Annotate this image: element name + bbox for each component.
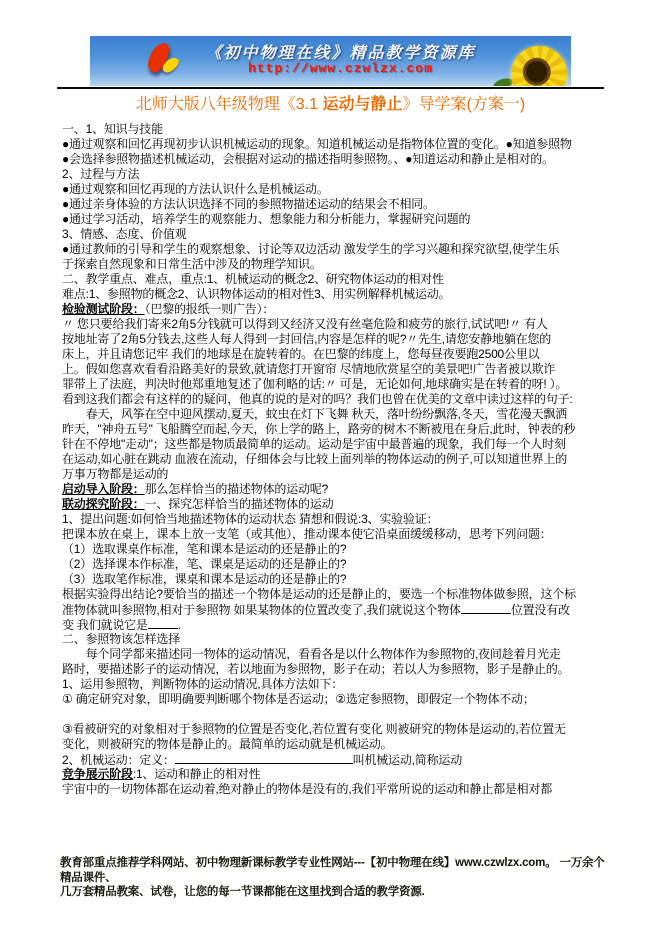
body-line: 路时，要描述影子的运动情况，若以地面为参照物，影子在动；若以人为参照物，影子是静… [62, 662, 607, 677]
body-line: （2）选择课本作标准，笔、课桌是运动的还是静止的? [62, 557, 607, 572]
body-text-segment: 按地址寄了2角5分钱去,这些人每人得到一封回信,内容是怎样的呢?〃先生,请您安静… [62, 332, 551, 346]
body-line: 1、提出问题:如何恰当地描述物体的运动状态 猜想和假说:3、实验验证： [62, 512, 607, 527]
body-text-segment: 床上，并且请您记牢 我们的地球是在旋转着的。在巴黎的纬度上，您每昼夜要跑2500… [62, 347, 539, 361]
body-text-segment: :1、运动和静止的相对性 [133, 767, 261, 781]
body-line: 春天，风筝在空中迎风摆动,夏天，蚊虫在灯下飞舞 秋天，落叶纷纷飘落,冬天，雪花漫… [62, 407, 607, 422]
title-highlight: 运动与静止 [323, 96, 403, 113]
body-line: 一、1、知识与技能 [62, 122, 607, 137]
body-line: 昨天，"神舟五号" 飞船腾空而起,今天，你上学的路上，路旁的树木不断被甩在身后,… [62, 422, 607, 437]
body-text-segment: ●通过观察和回忆再现初步认识机械运动的现象。知道机械运动是指物体位置的变化。●知… [62, 137, 572, 151]
body-text-segment: ③看被研究的对象相对于参照物的位置是否变化,若位置有变化 则被研究的物体是运动的… [62, 722, 566, 736]
body-text-segment: 二、教学重点、难点，重点:1、机械运动的概念2、研究物体运动的相对性 [62, 272, 444, 286]
body-text-segment: 竞争展示阶段 [62, 767, 133, 781]
body-line: 二、教学重点、难点，重点:1、机械运动的概念2、研究物体运动的相对性 [62, 272, 607, 287]
header-divider [57, 87, 604, 89]
site-name: 《初中物理在线》精品教学资源库 [130, 40, 551, 63]
body-line: 按地址寄了2角5分钱去,这些人每人得到一封回信,内容是怎样的呢?〃先生,请您安静… [62, 332, 607, 347]
body-text-segment: 上。假如您喜欢看看沿路美好的景致,就请您打开窗帘 尽情地欣赏星空的美景吧!广告者… [62, 362, 555, 376]
body-line: 床上，并且请您记牢 我们的地球是在旋转着的。在巴黎的纬度上，您每昼夜要跑2500… [62, 347, 607, 362]
body-text-segment: ① 确定研究对象，即明确要判断哪个物体是否运动；②选定参照物，即假定一个物体不动… [62, 692, 535, 706]
body-text-segment: 准物体就叫参照物,相对于参照物 如果某物体的位置改变了,我们就说这个物体 [62, 603, 461, 617]
body-line: （3）选取笔作标准，课桌和课本是运动的还是静止的? [62, 572, 607, 587]
body-text-segment: 1、运用参照物，判断物体的运动情况,具体方法如下： [62, 677, 343, 691]
body-text-segment: 3、情感、态度、价值观 [62, 227, 186, 241]
body-text-segment: 宇宙中的一切物体都在运动着,绝对静止的物体是没有的,我们平常所说的运动和静止都是… [62, 782, 552, 796]
fill-in-blank [461, 602, 511, 614]
body-line: ●会选择参照物描述机械运动，会根据对运动的描述指明参照物。、●知道运动和静止是相… [62, 152, 607, 167]
footer-line: 几万套精品教案、试卷，让您的每一节课都能在这里找到合适的教学资源. [60, 885, 608, 900]
body-text-segment: 昨天，"神舟五号" 飞船腾空而起,今天，你上学的路上，路旁的树木不断被甩在身后,… [62, 422, 575, 436]
body-text-segment: 罪带上了法庭，判决时他郑重地复述了伽利略的话:〃 可是，无论如何,地球确实是在转… [62, 377, 567, 391]
body-line: ●通过学习活动，培养学生的观察能力、想象能力和分析能力，掌握研究问题的 [62, 212, 607, 227]
body-text-segment: 〃 您只要给我们寄来2角5分钱就可以得到又经济又没有丝毫危险和疲劳的旅行,试试吧… [62, 317, 548, 331]
body-text-segment: 位置没有改 [511, 603, 570, 617]
body-line: ●通过教师的引导和学生的观察想象、讨论等双边活动 激发学生的学习兴趣和探究欲望,… [62, 242, 607, 257]
body-line: 在运动,如心脏在跳动 血液在流动，仔细体会与比较上面列举的物体运动的例子,可以知… [62, 452, 607, 467]
body-text-segment: 检验测试阶段： [62, 302, 145, 316]
body-text-segment: 把课本放在桌上，课本上放一支笔（或其他），推动课本使它沿桌面缓缓移动，思考下列问… [62, 527, 552, 541]
site-url: http://www.czwlzx.com [130, 61, 551, 76]
body-text-segment: 二、参照物该怎样选择 [62, 632, 180, 646]
body-line: 每个同学都来描述同一物体的运动情况，看看各是以什么物体作为参照物的,夜间趁着月光… [62, 647, 607, 662]
body-text-segment: 根据实验得出结论?要恰当的描述一个物体是运动的还是静止的，要选一个标准物体做参照… [62, 587, 576, 601]
title-suffix: 》导学案(方案一) [403, 96, 526, 113]
body-text-segment: 看到这我们都会有这样的的疑问，他真的说的是对的吗？我们也曾在优美的文章中读过这样… [62, 392, 573, 406]
body-line: 1、运用参照物，判断物体的运动情况,具体方法如下： [62, 677, 607, 692]
body-text-segment: 变 我们就说它是 [62, 618, 148, 632]
body-text-segment: ●通过学习活动，培养学生的观察能力、想象能力和分析能力，掌握研究问题的 [62, 212, 470, 226]
body-text-segment: 在运动,如心脏在跳动 血液在流动，仔细体会与比较上面列举的物体运动的例子,可以知… [62, 452, 567, 466]
body-line [62, 707, 607, 722]
body-line: 把课本放在桌上，课本上放一支笔（或其他），推动课本使它沿桌面缓缓移动，思考下列问… [62, 527, 607, 542]
body-line: 万事万物都是运动的 [62, 467, 607, 482]
document-body: 一、1、知识与技能●通过观察和回忆再现初步认识机械运动的现象。知道机械运动是指物… [62, 122, 607, 797]
body-line: 3、情感、态度、价值观 [62, 227, 607, 242]
body-text-segment: 2、过程与方法 [62, 167, 139, 181]
body-line: 变化，则被研究的物体是静止的。最简单的运动就是机械运动。 [62, 737, 607, 752]
body-text-segment: 每个同学都来描述同一物体的运动情况，看看各是以什么物体作为参照物的,夜间趁着月光… [62, 647, 561, 661]
body-text-segment: 启动导入阶段： [62, 482, 145, 496]
body-line: 罪带上了法庭，判决时他郑重地复述了伽利略的话:〃 可是，无论如何,地球确实是在转… [62, 377, 607, 392]
body-text-segment: 针在不停地"走动"；这些都是物质最简单的运动。运动是宇宙中最普遍的现象，我们每一… [62, 437, 566, 451]
body-line: 宇宙中的一切物体都在运动着,绝对静止的物体是没有的,我们平常所说的运动和静止都是… [62, 782, 607, 797]
body-line: 准物体就叫参照物,相对于参照物 如果某物体的位置改变了,我们就说这个物体位置没有… [62, 602, 607, 617]
body-text-segment: 一、探究怎样恰当的描述物体的运动 [145, 497, 334, 511]
body-text-segment: 万事万物都是运动的 [62, 467, 168, 481]
body-text-segment: 难点:1、参照物的概念2、认识物体运动的相对性3、用实例解释机械运动。 [62, 287, 450, 301]
body-text-segment: 那么怎样恰当的描述物体的运动呢? [145, 482, 328, 496]
body-line: 检验测试阶段：（巴黎的报纸一则广告）： [62, 302, 607, 317]
body-line: 联动探究阶段：一、探究怎样恰当的描述物体的运动 [62, 497, 607, 512]
document-page: 《初中物理在线》精品教学资源库 http://www.czwlzx.com 北师… [0, 0, 661, 936]
body-text-segment: 于探索自然现象和日常生活中涉及的物理学知识。 [62, 257, 322, 271]
body-line: 难点:1、参照物的概念2、认识物体运动的相对性3、用实例解释机械运动。 [62, 287, 607, 302]
body-line: 启动导入阶段：那么怎样恰当的描述物体的运动呢? [62, 482, 607, 497]
body-line: 2、机械运动：定义：叫机械运动,简称运动 [62, 752, 607, 767]
body-text-segment: ●通过教师的引导和学生的观察想象、讨论等双边活动 激发学生的学习兴趣和探究欲望,… [62, 242, 559, 256]
title-prefix: 北师大版八年级物理《3.1 [136, 96, 323, 113]
body-line: 于探索自然现象和日常生活中涉及的物理学知识。 [62, 257, 607, 272]
page-title: 北师大版八年级物理《3.1 运动与静止》导学案(方案一) [0, 91, 661, 114]
body-line: 针在不停地"走动"；这些都是物质最简单的运动。运动是宇宙中最普遍的现象，我们每一… [62, 437, 607, 452]
body-line: （1）选取课桌作标准，笔和课本是运动的还是静止的? [62, 542, 607, 557]
body-text-segment: 2、机械运动：定义： [62, 753, 175, 767]
footer: 教育部重点推荐学科网站、初中物理新课标教学专业性网站---【初中物理在线】www… [60, 856, 608, 900]
body-line: 〃 您只要给我们寄来2角5分钱就可以得到又经济又没有丝毫危险和疲劳的旅行,试试吧… [62, 317, 607, 332]
body-text-segment: 春天，风筝在空中迎风摆动,夏天，蚊虫在灯下飞舞 秋天，落叶纷纷飘落,冬天，雪花漫… [62, 407, 567, 421]
body-text-segment: 叫机械运动,简称运动 [353, 753, 462, 767]
body-text-segment: . [178, 618, 181, 632]
body-line: ●通过观察和回忆再现初步认识机械运动的现象。知道机械运动是指物体位置的变化。●知… [62, 137, 607, 152]
body-line: ●通过观察和回忆再现的方法认识什么是机械运动。 [62, 182, 607, 197]
body-text-segment: 1、提出问题:如何恰当地描述物体的运动状态 猜想和假说:3、实验验证： [62, 512, 438, 526]
body-line: 看到这我们都会有这样的的疑问，他真的说的是对的吗？我们也曾在优美的文章中读过这样… [62, 392, 607, 407]
body-line: ●通过亲身体验的方法认识选择不同的参照物描述运动的结果会不相同。 [62, 197, 607, 212]
body-text-segment: ●通过观察和回忆再现的方法认识什么是机械运动。 [62, 182, 329, 196]
body-text-segment: 路时，要描述影子的运动情况，若以地面为参照物，影子在动；若以人为参照物，影子是静… [62, 662, 569, 676]
body-text-segment: （1）选取课桌作标准，笔和课本是运动的还是静止的? [62, 542, 346, 556]
body-text-segment: ●通过亲身体验的方法认识选择不同的参照物描述运动的结果会不相同。 [62, 197, 435, 211]
body-line: ① 确定研究对象，即明确要判断哪个物体是否运动；②选定参照物，即假定一个物体不动… [62, 692, 607, 707]
footer-line: 教育部重点推荐学科网站、初中物理新课标教学专业性网站---【初中物理在线】www… [60, 856, 608, 885]
body-line: 2、过程与方法 [62, 167, 607, 182]
body-line: 竞争展示阶段:1、运动和静止的相对性 [62, 767, 607, 782]
body-line: 根据实验得出结论?要恰当的描述一个物体是运动的还是静止的，要选一个标准物体做参照… [62, 587, 607, 602]
body-line: 变 我们就说它是. [62, 617, 607, 632]
body-text-segment: （3）选取笔作标准，课桌和课本是运动的还是静止的? [62, 572, 346, 586]
body-text-segment: （巴黎的报纸一则广告）： [145, 302, 275, 316]
body-line: 二、参照物该怎样选择 [62, 632, 607, 647]
body-text-segment: 变化，则被研究的物体是静止的。最简单的运动就是机械运动。 [62, 737, 392, 751]
fill-in-blank [148, 617, 178, 629]
body-text-segment: 联动探究阶段： [62, 497, 145, 511]
fill-in-blank [175, 752, 353, 764]
body-text-segment: 一、1、知识与技能 [62, 122, 163, 136]
body-text-segment: （2）选择课本作标准，笔、课桌是运动的还是静止的? [62, 557, 346, 571]
site-banner-image: 《初中物理在线》精品教学资源库 http://www.czwlzx.com [90, 36, 571, 86]
body-line: 上。假如您喜欢看看沿路美好的景致,就请您打开窗帘 尽情地欣赏星空的美景吧!广告者… [62, 362, 607, 377]
body-line: ③看被研究的对象相对于参照物的位置是否变化,若位置有变化 则被研究的物体是运动的… [62, 722, 607, 737]
body-text-segment: ●会选择参照物描述机械运动，会根据对运动的描述指明参照物。、●知道运动和静止是相… [62, 152, 554, 166]
